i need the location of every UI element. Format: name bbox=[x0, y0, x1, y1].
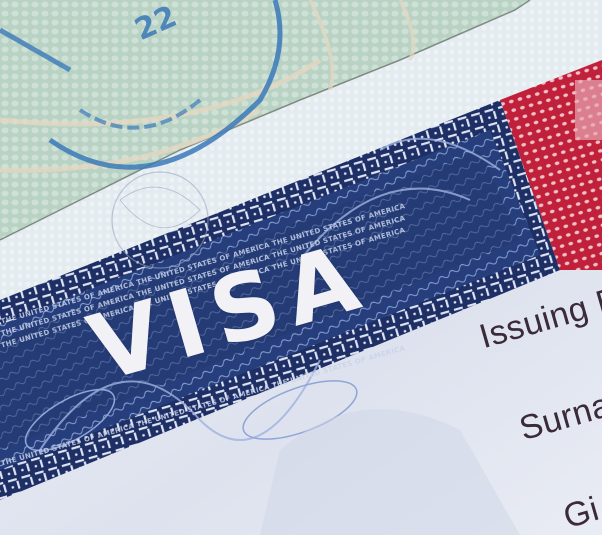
visa-photo: 22 THE UNITED STATES OF AMERICA THE UNIT… bbox=[0, 0, 602, 535]
